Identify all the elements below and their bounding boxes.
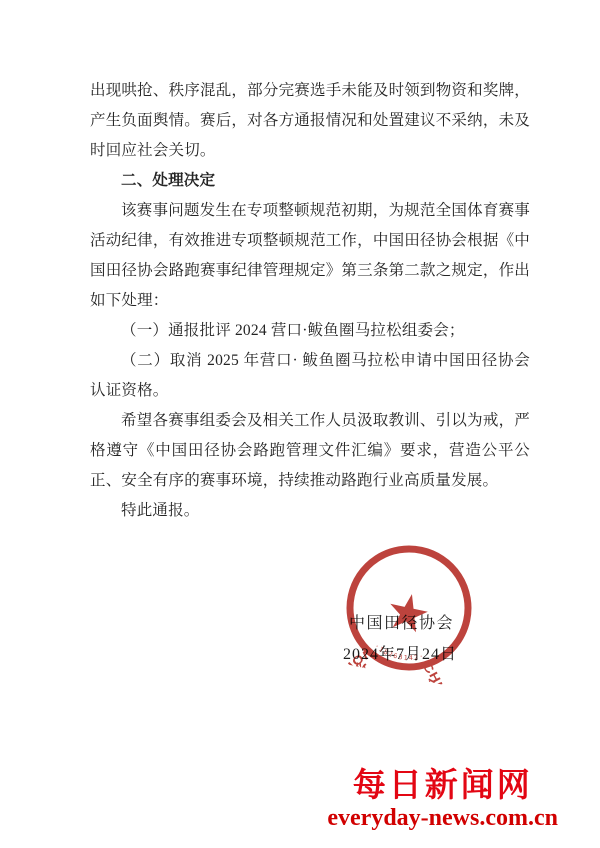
- star-icon: ★: [380, 581, 435, 645]
- closing-line: 特此通报。: [90, 496, 530, 526]
- section-heading: 二、处理决定: [90, 166, 530, 196]
- official-seal-stamp: CHINESE ATHLETICS ASSOCIATION 中国田径协会 ★ ·…: [328, 527, 489, 688]
- decision-item-2: （二）取消 2025 年营口· 鲅鱼圈马拉松申请中国田径协会认证资格。: [90, 346, 530, 406]
- decision-item-1: （一）通报批评 2024 营口·鲅鱼圈马拉松组委会；: [90, 316, 530, 346]
- paragraph-decision: 该赛事问题发生在专项整顿规范初期，为规范全国体育赛事活动纪律，有效推进专项整顿规…: [90, 196, 530, 316]
- scanned-notice-page: 出现哄抢、秩序混乱，部分完赛选手未能及时领到物资和奖牌，产生负面舆情。赛后，对各…: [0, 0, 600, 848]
- watermark-site-name: 每日新闻网: [327, 766, 558, 804]
- notice-body: 出现哄抢、秩序混乱，部分完赛选手未能及时领到物资和奖牌，产生负面舆情。赛后，对各…: [90, 76, 530, 526]
- watermark-site-url: everyday-news.com.cn: [327, 804, 558, 832]
- paragraph-continuation: 出现哄抢、秩序混乱，部分完赛选手未能及时领到物资和奖牌，产生负面舆情。赛后，对各…: [90, 76, 530, 166]
- watermark: 每日新闻网 everyday-news.com.cn: [327, 766, 558, 832]
- paragraph-hope: 希望各赛事组委会及相关工作人员汲取教训、引以为戒，严格遵守《中国田径协会路跑管理…: [90, 406, 530, 496]
